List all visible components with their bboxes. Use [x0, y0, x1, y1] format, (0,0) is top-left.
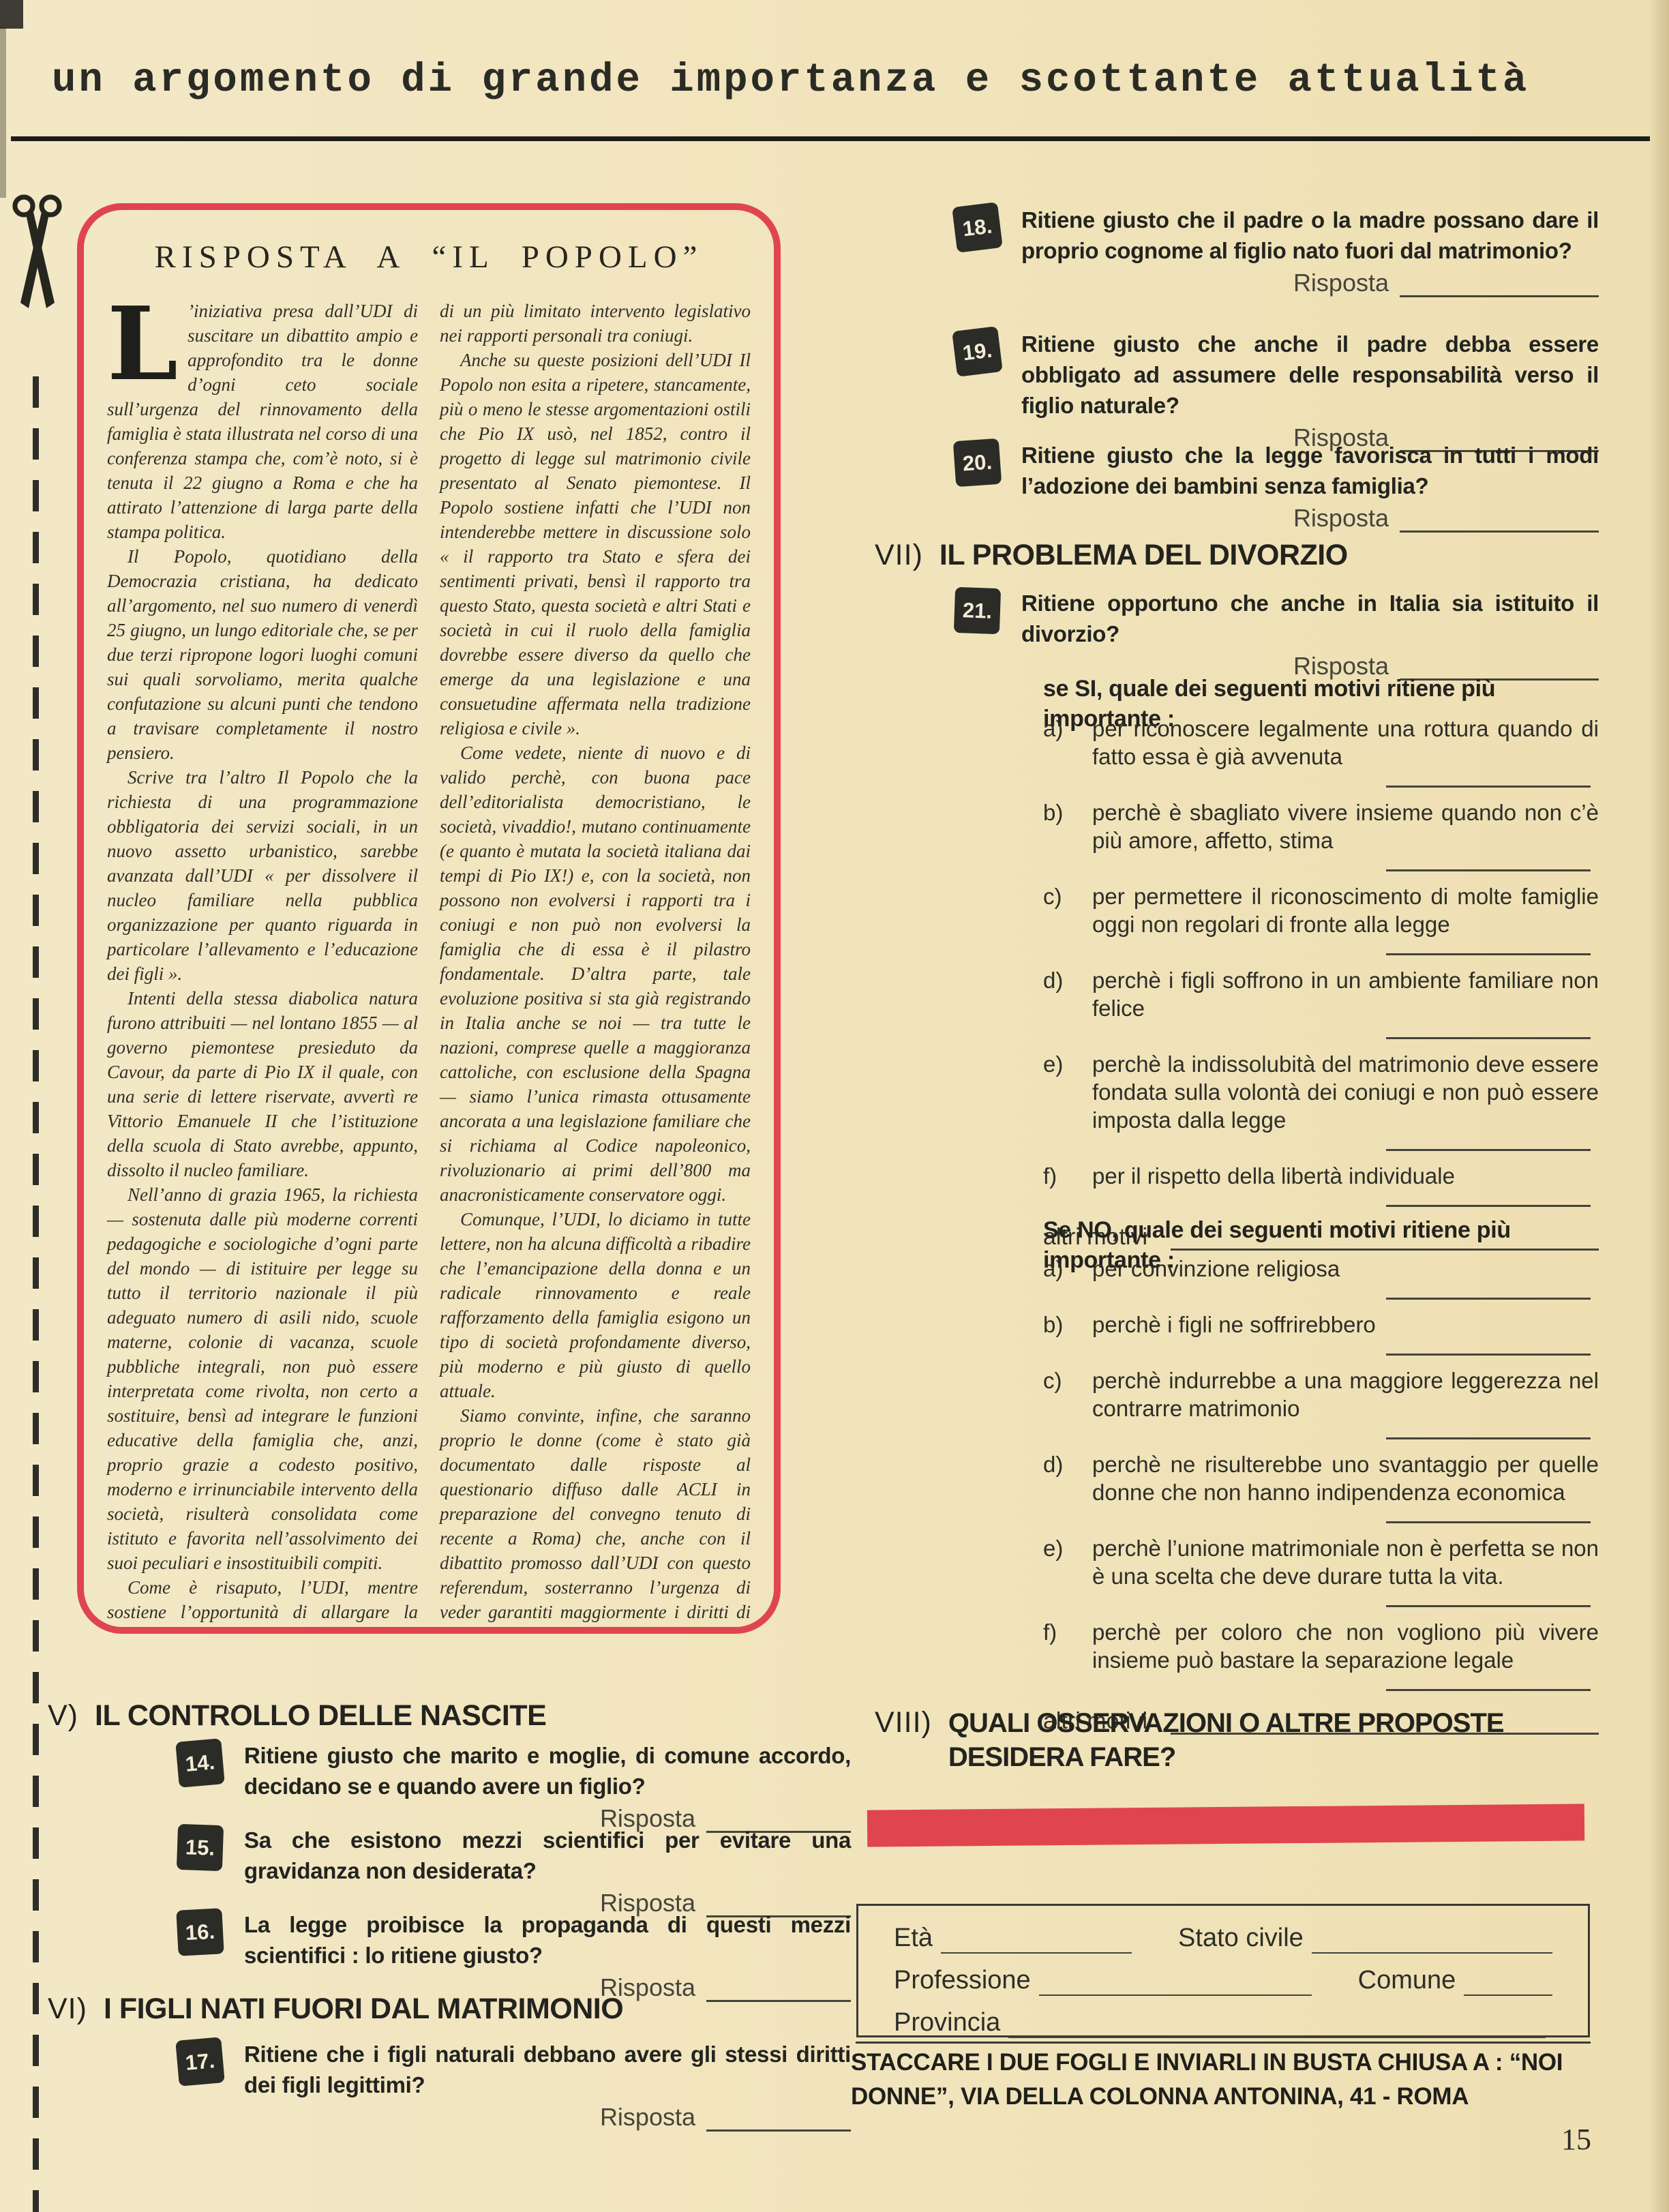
answer-blank-line [706, 2110, 851, 2132]
form-row: Provincia [894, 2007, 1552, 2038]
motive-item: b)perchè è sbagliato vivere insieme quan… [1043, 798, 1599, 882]
form-row: Professione Comune [894, 1964, 1552, 1996]
article-title: RISPOSTA A “IL POPOLO” [107, 239, 751, 275]
provincia-label: Provincia [894, 2007, 1000, 2038]
motive-item: d)perchè ne risulterebbe uno svantaggio … [1043, 1450, 1599, 1534]
red-divider-bar [867, 1804, 1584, 1847]
motive-item: f)per il rispetto della libertà individu… [1043, 1162, 1599, 1218]
answer-blank-line [1400, 275, 1599, 297]
question-number-badge: 14. [175, 1738, 225, 1788]
answer-blank-line [1400, 511, 1599, 533]
section-viii-heading: VIII) QUALI OSSERVAZIONI O ALTRE PROPOST… [875, 1706, 1604, 1774]
article-paragraph: Comunque, l’UDI, lo diciamo in tutte let… [440, 1207, 751, 1403]
se-no-list: a)per convinzione religiosa b)perchè i f… [1043, 1255, 1599, 1735]
provincia-blank-line [1008, 2015, 1546, 2038]
question-text: Ritiene giusto che la legge favorisca in… [1021, 440, 1599, 501]
comune-label: Comune [1358, 1964, 1456, 1996]
article-paragraph: L’iniziativa presa dall’UDI di suscitare… [107, 299, 418, 544]
section-v-heading: V) IL CONTROLLO DELLE NASCITE [48, 1699, 546, 1733]
magazine-page: un argomento di grande importanza e scot… [0, 0, 1669, 2212]
professione-label: Professione [894, 1964, 1031, 1996]
motive-item: c)perchè indurrebbe a una maggiore legge… [1043, 1366, 1599, 1450]
answer-blank-line [1386, 953, 1591, 955]
article-paragraph: Anche su queste posizioni dell’UDI Il Po… [440, 348, 751, 741]
risposta-row: Risposta [1021, 504, 1599, 533]
answer-blank-line [1386, 1605, 1591, 1607]
motive-item: a)per convinzione religiosa [1043, 1255, 1599, 1311]
scan-corner-mark [0, 0, 23, 29]
article-paragraph: di un più limitato intervento legislativ… [440, 299, 751, 348]
question-number-badge: 17. [175, 2037, 225, 2087]
answer-blank-line [1386, 786, 1591, 788]
motive-item: e)perchè la indissolubità del matrimonio… [1043, 1050, 1599, 1162]
question-number-badge: 19. [952, 326, 1003, 377]
risposta-label: Risposta [1293, 269, 1389, 297]
answer-blank-line [1386, 1354, 1591, 1356]
answer-blank-line [1386, 869, 1591, 871]
article-paragraph: Intenti della stessa diabolica natura fu… [107, 986, 418, 1182]
stato-civile-label: Stato civile [1178, 1922, 1304, 1954]
motive-item: e)perchè l’unione matrimoniale non è per… [1043, 1534, 1599, 1618]
question-text: La legge proibisce la propaganda di ques… [244, 1909, 851, 1971]
question-19: 19. Ritiene giusto che anche il padre de… [954, 329, 1599, 452]
question-21: 21. Ritiene opportuno che anche in Itali… [954, 588, 1599, 681]
motive-item: b)perchè i figli ne soffrirebbero [1043, 1311, 1599, 1366]
answer-blank-line [1386, 1521, 1591, 1523]
respondent-info-box: Età Stato civile Professione Comune Prov… [856, 1904, 1590, 2037]
question-15: 15. Sa che esistono mezzi scientifici pe… [177, 1825, 851, 1917]
question-text: Ritiene giusto che il padre o la madre p… [1021, 205, 1599, 266]
scissors-icon [10, 194, 65, 314]
answer-blank-line [1386, 1205, 1591, 1207]
cut-dashed-line [33, 376, 39, 2212]
article-box: RISPOSTA A “IL POPOLO” L’iniziativa pres… [77, 203, 781, 1634]
risposta-row: Risposta [1021, 269, 1599, 297]
eta-blank-line [941, 1930, 1132, 1954]
motive-item: c)per permettere il riconoscimento di mo… [1043, 882, 1599, 966]
motive-item: f)perchè per coloro che non vogliono più… [1043, 1618, 1599, 1702]
question-18: 18. Ritiene giusto che il padre o la mad… [954, 205, 1599, 297]
header-rule [11, 136, 1650, 141]
article-paragraph: Siamo convinte, infine, che saranno prop… [440, 1403, 751, 1634]
answer-blank-line [1386, 1149, 1591, 1151]
question-text: Sa che esistono mezzi scientifici per ev… [244, 1825, 851, 1886]
risposta-label: Risposta [600, 2103, 695, 2132]
question-number-badge: 21. [954, 587, 1001, 634]
drop-cap: L [107, 304, 178, 383]
mailing-instruction: STACCARE I DUE FOGLI E INVIARLI IN BUSTA… [851, 2046, 1662, 2114]
article-paragraph: Come vedete, niente di nuovo e di valido… [440, 741, 751, 1207]
page-number: 15 [1561, 2122, 1591, 2157]
answer-blank-line [1386, 1298, 1591, 1300]
question-number-badge: 15. [177, 1824, 224, 1871]
article-paragraph: Nell’anno di grazia 1965, la richiesta —… [107, 1182, 418, 1575]
question-number-badge: 16. [176, 1908, 224, 1956]
motive-item: d)perchè i figli soffrono in un ambiente… [1043, 966, 1599, 1050]
form-row: Età Stato civile [894, 1922, 1552, 1954]
section-vii-heading: VII) IL PROBLEMA DEL DIVORZIO [875, 539, 1348, 572]
professione-blank-line [1039, 1973, 1312, 1996]
section-vi-heading: VI) I FIGLI NATI FUORI DAL MATRIMONIO [48, 1992, 623, 2026]
article-column-2: di un più limitato intervento legislativ… [440, 299, 751, 1634]
question-14: 14. Ritiene giusto che marito e moglie, … [177, 1740, 851, 1833]
se-si-list: a)per riconoscere legalmente una rottura… [1043, 715, 1599, 1251]
question-20: 20. Ritiene giusto che la legge favorisc… [954, 440, 1599, 533]
article-paragraph: Il Popolo, quotidiano della Democrazia c… [107, 544, 418, 765]
page-edge-shadow [1649, 0, 1669, 2212]
question-text: Ritiene giusto che marito e moglie, di c… [244, 1740, 851, 1802]
comune-blank-line [1464, 1973, 1552, 1996]
page-kicker: un argomento di grande importanza e scot… [52, 57, 1620, 103]
stato-civile-blank-line [1312, 1930, 1552, 1954]
question-17: 17. Ritiene che i figli naturali debbano… [177, 2039, 851, 2132]
question-number-badge: 20. [953, 438, 1002, 488]
scan-edge-mark [0, 27, 6, 198]
answer-blank-line [1386, 1037, 1591, 1039]
answer-blank-line [1386, 1689, 1591, 1691]
article-column-1: L’iniziativa presa dall’UDI di suscitare… [107, 299, 418, 1634]
article-paragraph: Come è risaputo, l’UDI, mentre sostiene … [107, 1575, 418, 1634]
answer-blank-line [706, 1980, 851, 2002]
eta-label: Età [894, 1922, 933, 1954]
motive-item: a)per riconoscere legalmente una rottura… [1043, 715, 1599, 798]
question-16: 16. La legge proibisce la propaganda di … [177, 1909, 851, 2002]
question-text: Ritiene opportuno che anche in Italia si… [1021, 588, 1599, 649]
risposta-row: Risposta [244, 2103, 851, 2132]
answer-blank-line [1386, 1437, 1591, 1439]
risposta-label: Risposta [1293, 504, 1389, 533]
article-paragraph: Scrive tra l’altro Il Popolo che la rich… [107, 765, 418, 986]
question-text: Ritiene giusto che anche il padre debba … [1021, 329, 1599, 421]
question-number-badge: 18. [952, 202, 1003, 253]
question-text: Ritiene che i figli naturali debbano ave… [244, 2039, 851, 2100]
